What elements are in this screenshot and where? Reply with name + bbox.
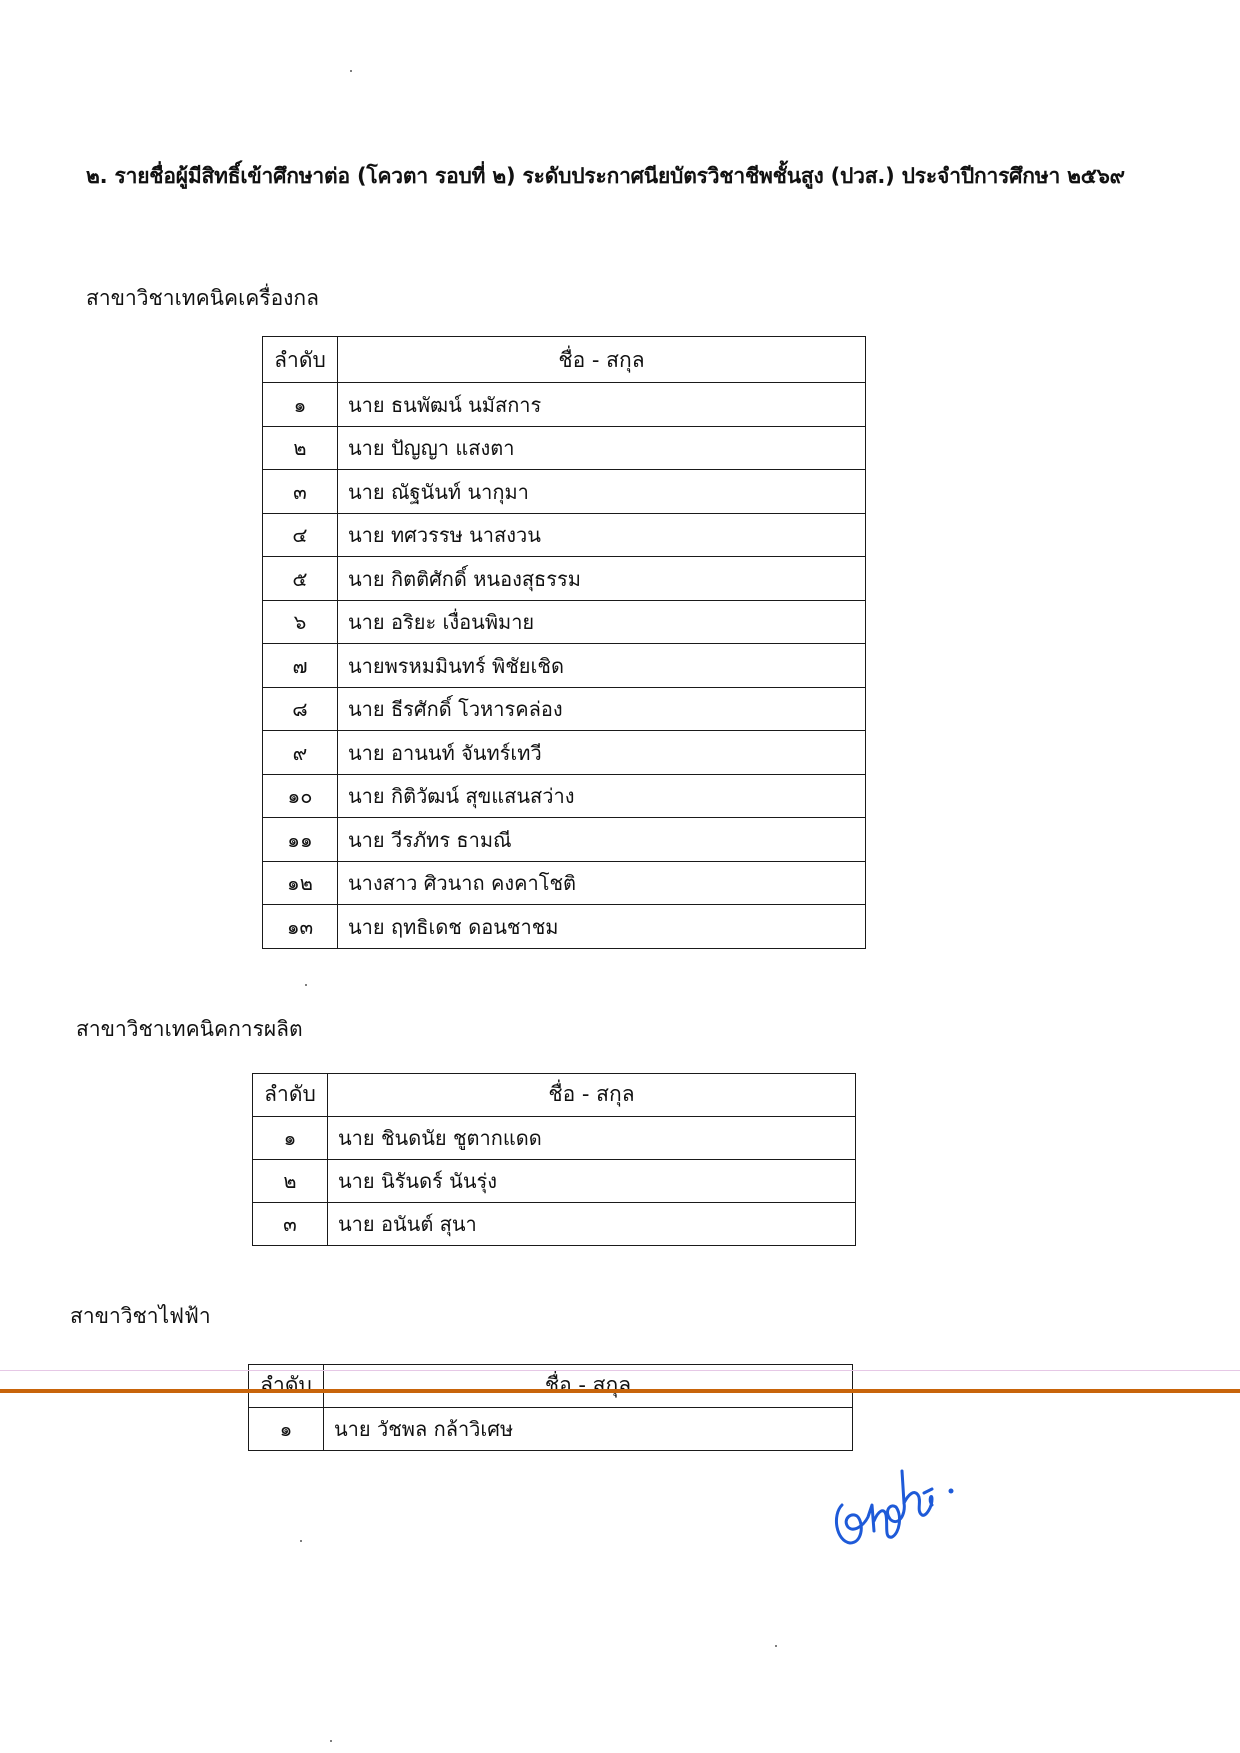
row-name: นาย กิติวัฒน์ สุขแสนสว่าง [338,774,866,818]
roster-table-mechanical: ลำดับ ชื่อ - สกุล ๑นาย ธนพัฒน์ นมัสการ๒น… [262,336,866,949]
header-order: ลำดับ [263,337,338,383]
table-row: ๑นาย ธนพัฒน์ นมัสการ [263,383,866,427]
row-name: นาย อนันต์ สุนา [328,1203,856,1246]
table-row: ๙นาย อานนท์ จันทร์เทวี [263,731,866,775]
roster-table-production: ลำดับ ชื่อ - สกุล ๑นาย ชินดนัย ชูตากแดด๒… [252,1073,856,1246]
row-name: นาย ทศวรรษ นาสงวน [338,513,866,557]
table-row: ๑๐นาย กิติวัฒน์ สุขแสนสว่าง [263,774,866,818]
header-name: ชื่อ - สกุล [338,337,866,383]
section-heading-production: สาขาวิชาเทคนิคการผลิต [76,1013,303,1046]
document-title: ๒. รายชื่อผู้มีสิทธิ์เข้าศึกษาต่อ (โควตา… [86,160,1125,193]
table-row: ๓นาย อนันต์ สุนา [253,1203,856,1246]
row-name: นาย อานนท์ จันทร์เทวี [338,731,866,775]
header-order: ลำดับ [253,1074,328,1117]
section-heading-mechanical: สาขาวิชาเทคนิคเครื่องกล [86,282,319,315]
row-order: ๔ [263,513,338,557]
row-name: นายพรหมมินทร์ พิชัยเชิด [338,644,866,688]
row-name: นาย ณัฐนันท์ นากุมา [338,470,866,514]
header-name: ชื่อ - สกุล [328,1074,856,1117]
signature-icon [828,1455,968,1555]
row-order: ๑๑ [263,818,338,862]
table-row: ๒นาย ปัญญา แสงตา [263,426,866,470]
row-order: ๒ [263,426,338,470]
table-row: ๕นาย กิตติศักดิ์ หนองสุธรรม [263,557,866,601]
row-order: ๗ [263,644,338,688]
table-row: ๑นาย ชินดนัย ชูตากแดด [253,1117,856,1160]
table-row: ๑๑นาย วีรภัทร ธามณี [263,818,866,862]
row-order: ๘ [263,687,338,731]
row-order: ๑ [263,383,338,427]
row-name: นาย ฤทธิเดช ดอนชาชม [338,905,866,949]
table-row: ๔นาย ทศวรรษ นาสงวน [263,513,866,557]
row-order: ๓ [263,470,338,514]
scan-artifact-line-faint [0,1370,1240,1371]
table-row: ๖นาย อริยะ เงื่อนพิมาย [263,600,866,644]
table-header-row: ลำดับ ชื่อ - สกุล [253,1074,856,1117]
scan-artifact-line [0,1389,1240,1393]
row-order: ๒ [253,1160,328,1203]
row-name: นาย อริยะ เงื่อนพิมาย [338,600,866,644]
row-name: นาย กิตติศักดิ์ หนองสุธรรม [338,557,866,601]
row-order: ๑ [253,1117,328,1160]
table-row: ๑๒นางสาว ศิวนาถ คงคาโชติ [263,861,866,905]
row-name: นาย ชินดนัย ชูตากแดด [328,1117,856,1160]
row-name: นาย นิรันดร์ นันรุ่ง [328,1160,856,1203]
row-name: นาย ธนพัฒน์ นมัสการ [338,383,866,427]
table-row: ๓นาย ณัฐนันท์ นากุมา [263,470,866,514]
scan-speck [330,1740,332,1742]
row-order: ๑๓ [263,905,338,949]
table-row: ๒นาย นิรันดร์ นันรุ่ง [253,1160,856,1203]
row-name: นาย วัชพล กล้าวิเศษ [324,1408,853,1451]
roster-table-electrical: ลำดับ ชื่อ - สกุล ๑นาย วัชพล กล้าวิเศษ [248,1364,853,1451]
table-header-row: ลำดับ ชื่อ - สกุล [263,337,866,383]
row-order: ๕ [263,557,338,601]
scan-speck [775,1645,777,1647]
row-order: ๑๐ [263,774,338,818]
table-row: ๗นายพรหมมินทร์ พิชัยเชิด [263,644,866,688]
scan-speck [300,1540,302,1542]
row-name: นาย ปัญญา แสงตา [338,426,866,470]
row-name: นางสาว ศิวนาถ คงคาโชติ [338,861,866,905]
table-row: ๑นาย วัชพล กล้าวิเศษ [249,1408,853,1451]
row-order: ๖ [263,600,338,644]
table-row: ๑๓นาย ฤทธิเดช ดอนชาชม [263,905,866,949]
section-heading-electrical: สาขาวิชาไฟฟ้า [70,1300,211,1333]
row-name: นาย วีรภัทร ธามณี [338,818,866,862]
row-order: ๑ [249,1408,324,1451]
row-order: ๑๒ [263,861,338,905]
row-name: นาย ธีรศักดิ์ โวหารคล่อง [338,687,866,731]
table-row: ๘นาย ธีรศักดิ์ โวหารคล่อง [263,687,866,731]
row-order: ๙ [263,731,338,775]
scan-speck [305,984,307,986]
scan-speck [350,70,352,72]
row-order: ๓ [253,1203,328,1246]
